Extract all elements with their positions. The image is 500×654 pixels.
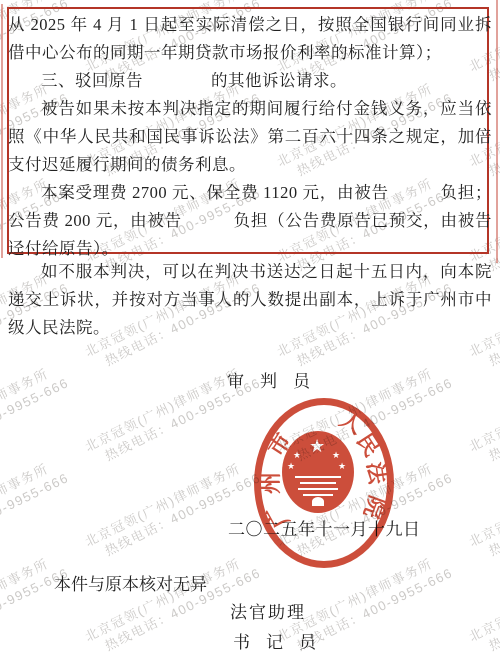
appeal-instructions: 如不服本判决，可以在判决书送达之日起十五日内，向本院递交上诉状，并按对方当事人的…: [8, 258, 492, 342]
emblem-small-star-icon: ★: [287, 462, 295, 471]
red-box-right-scan-line: [496, 0, 498, 263]
judgment-paragraph: 被告如果未按本判决指定的期间履行给付金钱义务，应当依照《中华人民共和国民事诉讼法…: [8, 95, 492, 179]
emblem-gate-arch: [312, 497, 324, 506]
judge-title: 审判员: [227, 367, 326, 392]
clerk-title: 书记员: [233, 628, 332, 653]
national-emblem-icon: ★ ★ ★ ★ ★: [282, 431, 354, 513]
emblem-gate-line: [300, 482, 336, 484]
judgment-paragraph: 如不服本判决，可以在判决书送达之日起十五日内，向本院递交上诉状，并按对方当事人的…: [8, 258, 492, 342]
seal-ring: [254, 398, 394, 568]
emblem-big-star-icon: ★: [309, 437, 325, 455]
watermark-text: 北京冠领(广州)律师事务所热线电话：400-9955-666: [0, 454, 72, 566]
red-box-left-scan-line: [1, 4, 3, 258]
emblem-small-star-icon: ★: [293, 451, 301, 460]
emblem-gate-line: [295, 476, 341, 478]
copy-verification-note: 本件与原本核对无异: [54, 570, 207, 595]
watermark-text: 北京冠领(广州)律师事务所热线电话：400-9955-666: [82, 454, 264, 566]
watermark-text: 北京冠领(广州)律师事务所热线电话：400-9955-666: [466, 549, 500, 654]
judgment-document-page: 北京冠领(广州)律师事务所热线电话：400-9955-666北京冠领(广州)律师…: [0, 0, 500, 654]
judgment-date: 二〇二五年十一月十九日: [228, 515, 421, 540]
emblem-small-star-icon: ★: [332, 451, 340, 460]
watermark-text: 北京冠领(广州)律师事务所热线电话：400-9955-666: [274, 454, 456, 566]
judgment-paragraph: 本案受理费 2700 元、保全费 1120 元，由被告 负担；公告费 200 元…: [8, 179, 492, 263]
watermark-text: 北京冠领(广州)律师事务所热线电话：400-9955-666: [466, 359, 500, 471]
emblem-gate-line: [298, 488, 338, 490]
seal-character: 民: [350, 427, 386, 463]
emblem-gate-line: [303, 494, 333, 496]
seal-character: 市: [262, 427, 298, 463]
judgment-text-boxed: 从 2025 年 4 月 1 日起至实际清偿之日，按照全国银行间同业拆借中心公布…: [8, 11, 492, 263]
watermark-text: 北京冠领(广州)律师事务所热线电话：400-9955-666: [466, 454, 500, 566]
watermark-text: 北京冠领(广州)律师事务所热线电话：400-9955-666: [0, 549, 72, 654]
watermark-text: 北京冠领(广州)律师事务所热线电话：400-9955-666: [0, 359, 72, 471]
judgment-paragraph: 从 2025 年 4 月 1 日起至实际清偿之日，按照全国银行间同业拆借中心公布…: [8, 11, 492, 67]
emblem-small-star-icon: ★: [338, 462, 346, 471]
judgment-paragraph: 三、驳回原告 的其他诉讼请求。: [8, 67, 492, 95]
court-seal: ★ ★ ★ ★ ★ 广州市人民法院: [254, 398, 394, 568]
seal-character: 州: [258, 470, 284, 496]
seal-character: 法: [362, 459, 391, 488]
seal-character: 人: [333, 405, 369, 441]
judge-assistant-title: 法官助理: [230, 598, 306, 623]
